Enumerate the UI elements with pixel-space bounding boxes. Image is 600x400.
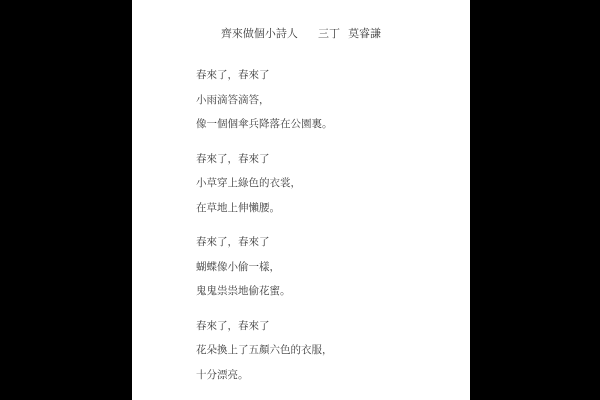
poem-body: 春來了，春來了 小雨滴答滴答， 像一個個傘兵降落在公園裏。 春來了，春來了 小草… xyxy=(196,63,470,387)
class-label: 三丁 xyxy=(318,28,340,40)
poem-line: 春來了，春來了 xyxy=(196,63,470,88)
poem-line: 小草穿上綠色的衣裳， xyxy=(196,171,470,196)
document-viewer: 齊來做個小詩人 三丁 莫睿謙 春來了，春來了 小雨滴答滴答， 像一個個傘兵降落在… xyxy=(0,0,600,400)
poem-title: 齊來做個小詩人 xyxy=(221,28,298,40)
poem-stanza: 春來了，春來了 小草穿上綠色的衣裳， 在草地上伸懶腰。 xyxy=(196,147,470,221)
poem-line: 春來了，春來了 xyxy=(196,314,470,339)
poem-line: 小雨滴答滴答， xyxy=(196,88,470,113)
poem-stanza: 春來了，春來了 蝴蝶像小偷一樣， 鬼鬼祟祟地偷花蜜。 xyxy=(196,230,470,304)
poem-line: 在草地上伸懶腰。 xyxy=(196,196,470,221)
poem-line: 十分漂亮。 xyxy=(196,363,470,388)
poem-line: 像一個個傘兵降落在公園裏。 xyxy=(196,112,470,137)
author-name: 莫睿謙 xyxy=(348,28,381,40)
page-title-row: 齊來做個小詩人 三丁 莫睿謙 xyxy=(132,0,470,41)
poem-line: 春來了，春來了 xyxy=(196,147,470,172)
poem-stanza: 春來了，春來了 小雨滴答滴答， 像一個個傘兵降落在公園裏。 xyxy=(196,63,470,137)
poem-line: 春來了，春來了 xyxy=(196,230,470,255)
poem-line: 花朵換上了五顏六色的衣服， xyxy=(196,338,470,363)
poem-stanza: 春來了，春來了 花朵換上了五顏六色的衣服， 十分漂亮。 xyxy=(196,314,470,388)
document-page: 齊來做個小詩人 三丁 莫睿謙 春來了，春來了 小雨滴答滴答， 像一個個傘兵降落在… xyxy=(132,0,470,400)
poem-line: 蝴蝶像小偷一樣， xyxy=(196,255,470,280)
poem-line: 鬼鬼祟祟地偷花蜜。 xyxy=(196,279,470,304)
